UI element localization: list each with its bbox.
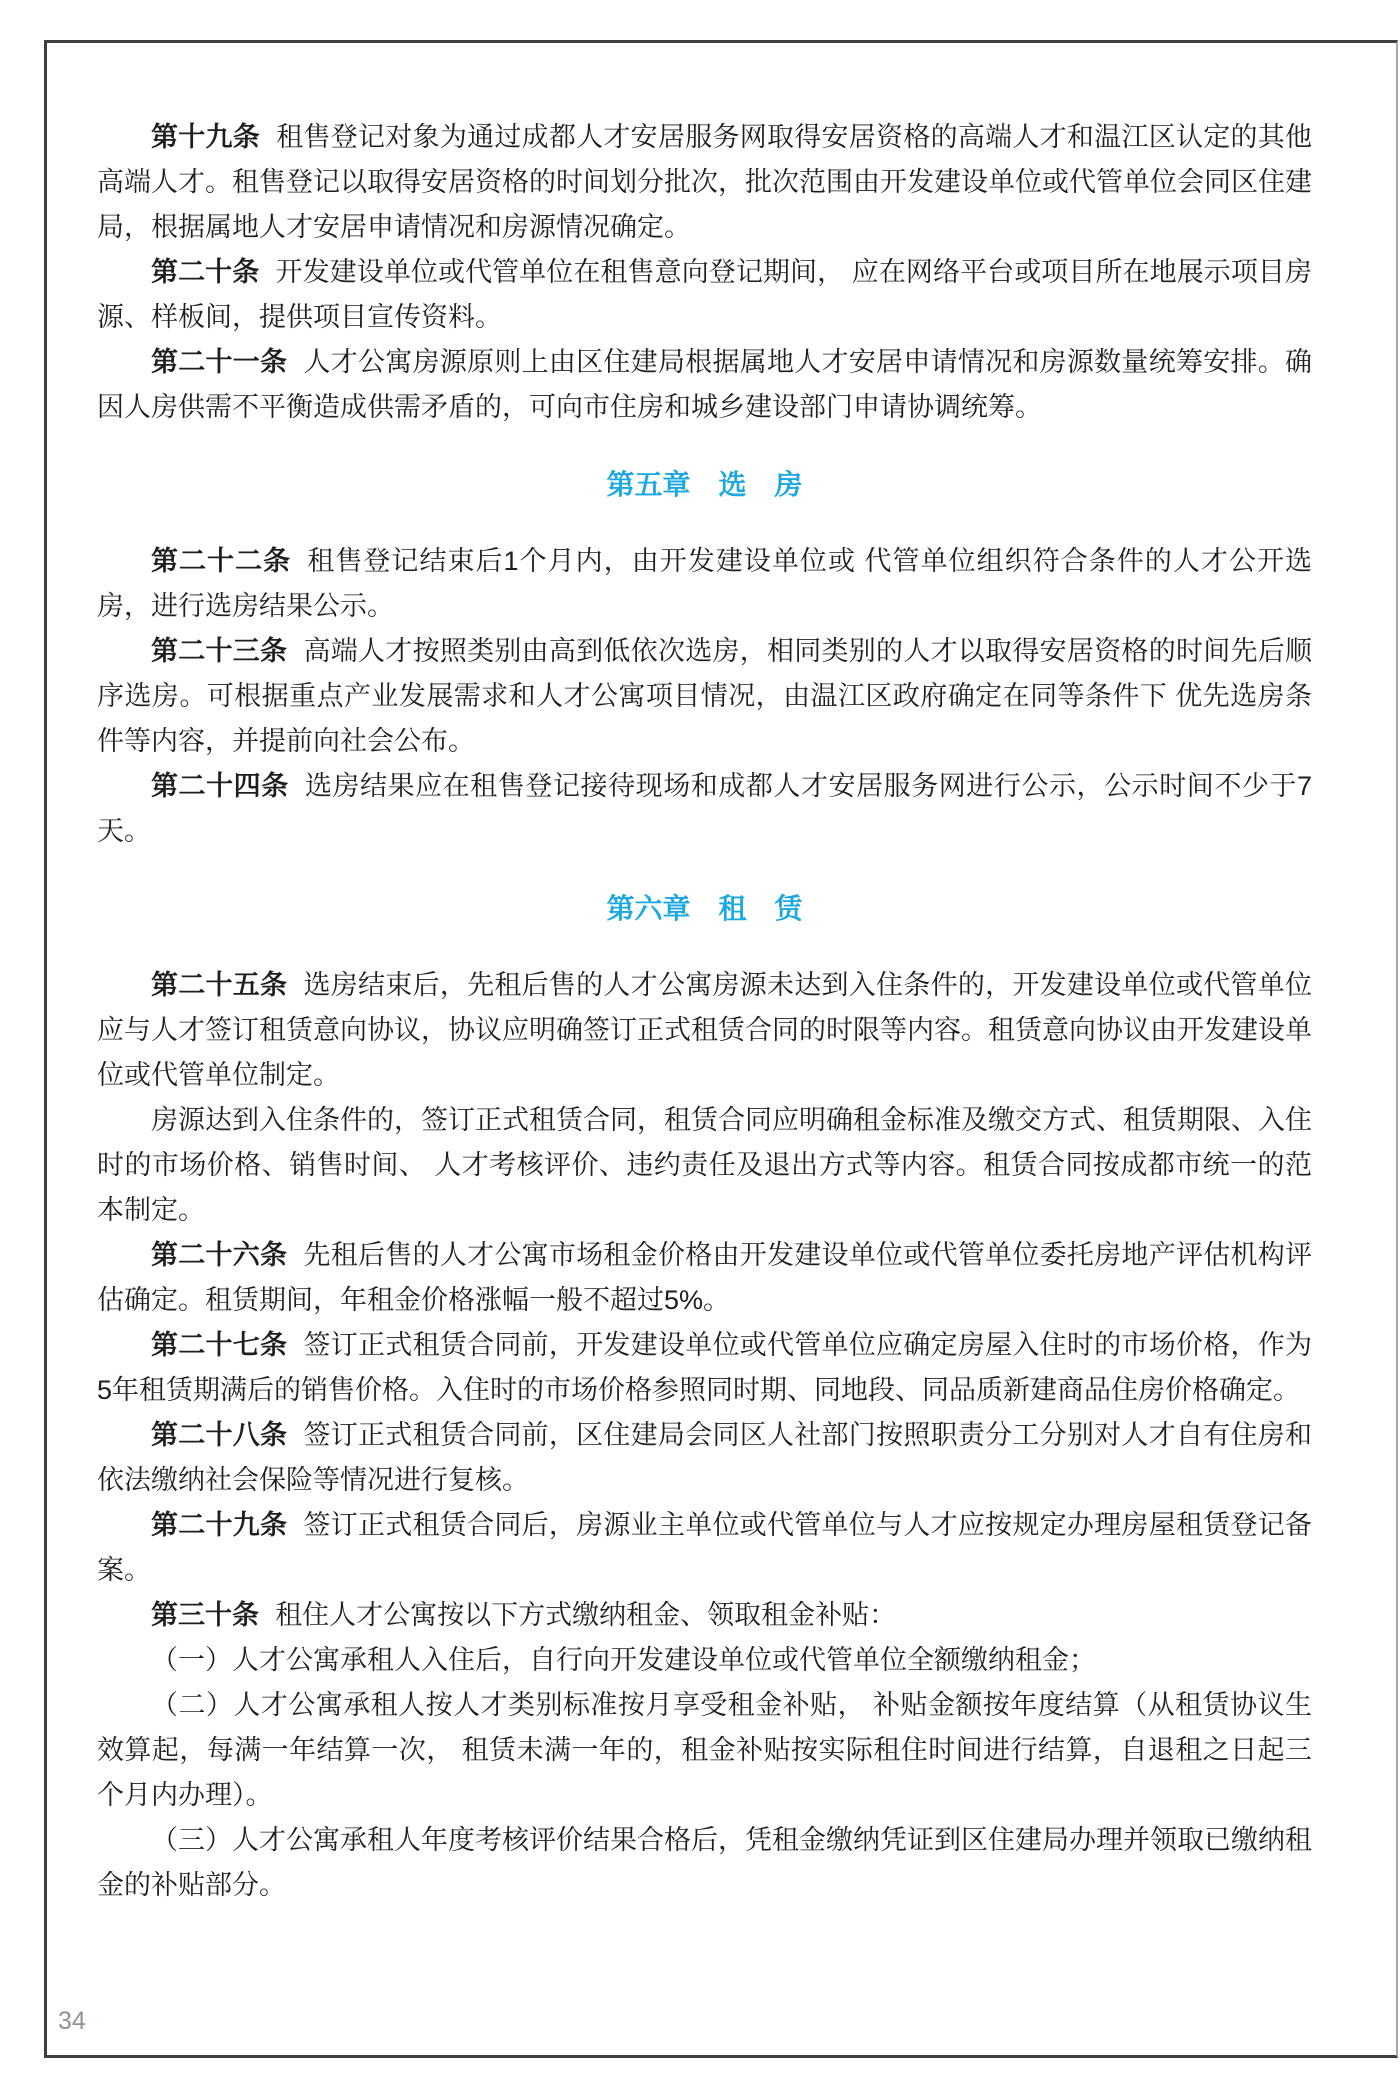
- article-paragraph-20: 第二十条开发建设单位或代管单位在租售意向登记期间， 应在网络平台或项目所在地展示…: [97, 250, 1312, 340]
- article-paragraph-24: 第二十四条选房结果应在租售登记接待现场和成都人才安居服务网进行公示，公示时间不少…: [97, 764, 1312, 854]
- article-number: 第十九条: [151, 122, 276, 152]
- article-number: 第二十四条: [151, 771, 305, 801]
- chapter-heading-5: 第五章 选 房: [97, 462, 1312, 507]
- article-number: 第二十八条: [151, 1420, 304, 1450]
- article-text: 开发建设单位或代管单位在租售意向登记期间， 应在网络平台或项目所在地展示项目房源…: [97, 257, 1312, 332]
- article-number: 第二十二条: [151, 546, 307, 576]
- article-paragraph-25: 第二十五条选房结束后，先租后售的人才公寓房源未达到入住条件的，开发建设单位或代管…: [97, 963, 1312, 1098]
- article-number: 第二十七条: [151, 1330, 304, 1360]
- article-number: 第二十三条: [151, 636, 304, 666]
- document-body: 第十九条租售登记对象为通过成都人才安居服务网取得安居资格的高端人才和温江区认定的…: [47, 43, 1396, 1908]
- article-number: 第二十一条: [151, 347, 304, 377]
- article-number: 第二十条: [151, 257, 276, 287]
- article-paragraph-30: 第三十条租住人才公寓按以下方式缴纳租金、领取租金补贴：: [97, 1593, 1312, 1638]
- article-paragraph-26: 第二十六条先租后售的人才公寓市场租金价格由开发建设单位或代管单位委托房地产评估机…: [97, 1233, 1312, 1323]
- article-paragraph-22: 第二十二条租售登记结束后1个月内，由开发建设单位或 代管单位组织符合条件的人才公…: [97, 539, 1312, 629]
- article-paragraph-23: 第二十三条高端人才按照类别由高到低依次选房，相同类别的人才以取得安居资格的时间先…: [97, 629, 1312, 764]
- article-paragraph-28: 第二十八条签订正式租赁合同前，区住建局会同区人社部门按照职责分工分别对人才自有住…: [97, 1413, 1312, 1503]
- article-paragraph-27: 第二十七条签订正式租赁合同前，开发建设单位或代管单位应确定房屋入住时的市场价格，…: [97, 1323, 1312, 1413]
- article-number: 第三十条: [151, 1600, 275, 1630]
- article-paragraph-21: 第二十一条人才公寓房源原则上由区住建局根据属地人才安居申请情况和房源数量统筹安排…: [97, 340, 1312, 430]
- body-paragraph: 房源达到入住条件的，签订正式租赁合同，租赁合同应明确租金标准及缴交方式、租赁期限…: [97, 1098, 1312, 1233]
- article-paragraph-19: 第十九条租售登记对象为通过成都人才安居服务网取得安居资格的高端人才和温江区认定的…: [97, 115, 1312, 250]
- page-border: 第十九条租售登记对象为通过成都人才安居服务网取得安居资格的高端人才和温江区认定的…: [44, 40, 1398, 2058]
- list-item-1: （一）人才公寓承租人入住后，自行向开发建设单位或代管单位全额缴纳租金；: [97, 1638, 1312, 1683]
- article-paragraph-29: 第二十九条签订正式租赁合同后，房源业主单位或代管单位与人才应按规定办理房屋租赁登…: [97, 1503, 1312, 1593]
- article-text: 租住人才公寓按以下方式缴纳租金、领取租金补贴：: [275, 1600, 896, 1630]
- chapter-heading-6: 第六章 租 赁: [97, 886, 1312, 931]
- article-number: 第二十五条: [151, 970, 304, 1000]
- page-number: 34: [58, 2006, 86, 2036]
- list-item-2: （二）人才公寓承租人按人才类别标准按月享受租金补贴， 补贴金额按年度结算（从租赁…: [97, 1683, 1312, 1818]
- article-number: 第二十九条: [151, 1510, 304, 1540]
- article-number: 第二十六条: [151, 1240, 304, 1270]
- article-text: 租售登记对象为通过成都人才安居服务网取得安居资格的高端人才和温江区认定的其他高端…: [97, 122, 1312, 242]
- list-item-3: （三）人才公寓承租人年度考核评价结果合格后，凭租金缴纳凭证到区住建局办理并领取已…: [97, 1818, 1312, 1908]
